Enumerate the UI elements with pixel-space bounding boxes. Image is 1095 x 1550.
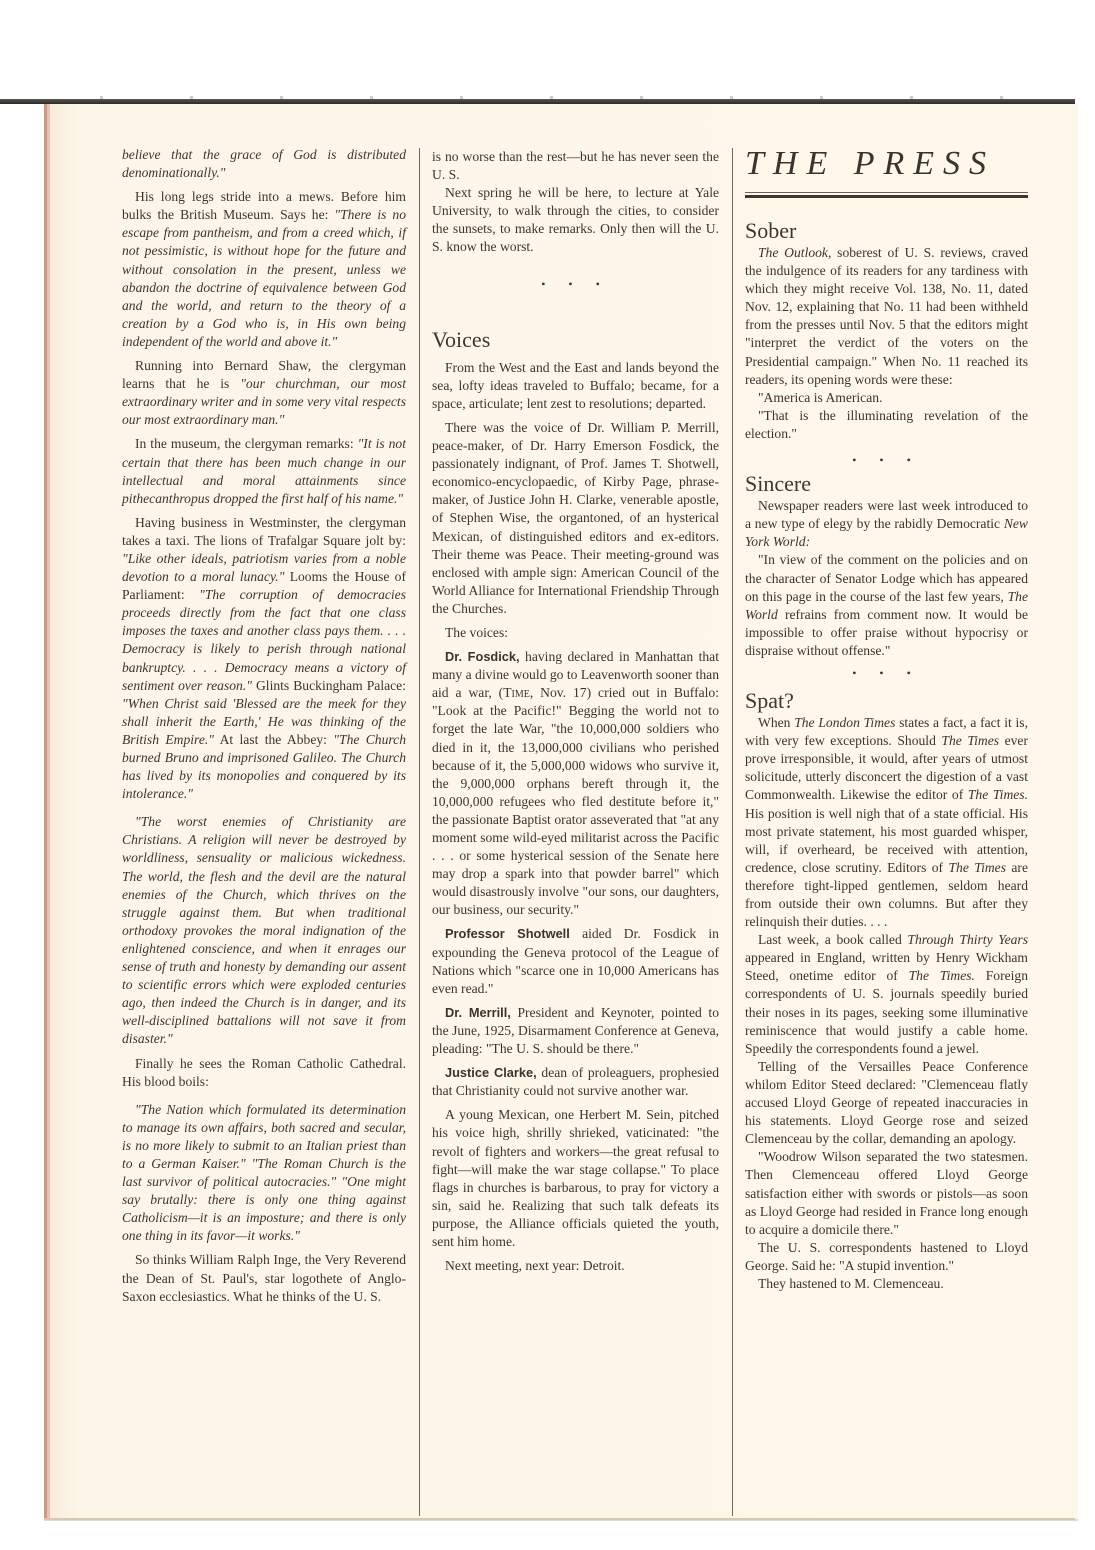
quote-text: "The Nation which formulated its determi… xyxy=(122,1102,406,1244)
speaker-name: Dr. Fosdick, xyxy=(445,649,520,664)
article-heading-spat: Spat? xyxy=(745,688,1028,714)
paragraph: There was the voice of Dr. William P. Me… xyxy=(432,419,719,618)
body-text: refrains from comment now. It would be i… xyxy=(745,607,1028,658)
paragraph: His long legs stride into a mews. Before… xyxy=(122,188,406,351)
body-text: Finally he sees the Roman Catholic Cathe… xyxy=(122,1056,406,1089)
column-the-press: THE PRESS Sober The Outlook, soberest of… xyxy=(745,144,1028,1293)
paragraph: Professor Shotwell aided Dr. Fosdick in … xyxy=(432,925,719,997)
quote-text: "The worst enemies of Christianity are C… xyxy=(122,814,406,1046)
paragraph: "America is American. xyxy=(745,389,1028,407)
article-heading-sincere: Sincere xyxy=(745,471,1028,497)
paragraph: In the museum, the clergyman remarks: "I… xyxy=(122,435,406,507)
publication-name: The Outlook, xyxy=(758,245,831,260)
paragraph: "The worst enemies of Christianity are C… xyxy=(122,813,406,1048)
paragraph: Last week, a book called Through Thirty … xyxy=(745,931,1028,1058)
article-heading-sober: Sober xyxy=(745,218,1028,244)
paragraph: From the West and the East and lands bey… xyxy=(432,359,719,413)
paragraph: Having business in Westminster, the cler… xyxy=(122,514,406,804)
section-title-rule xyxy=(745,192,1028,198)
column-voices: is no worse than the rest—but he has nev… xyxy=(432,148,719,1275)
column-divider xyxy=(419,148,420,1516)
section-separator: • • • xyxy=(745,451,1028,469)
body-text: A young Mexican, one Herbert M. Sein, pi… xyxy=(432,1107,719,1249)
body-text: From the West and the East and lands bey… xyxy=(432,360,719,411)
body-text: Last week, a book called xyxy=(758,932,907,947)
body-text: "In view of the comment on the policies … xyxy=(745,552,1028,603)
quote-text: believe that the grace of God is distrib… xyxy=(122,147,406,180)
publication-name: The Times. xyxy=(968,787,1028,802)
section-separator: • • • xyxy=(432,275,719,293)
paragraph: "The Nation which formulated its determi… xyxy=(122,1101,406,1246)
body-text: Having business in Westminster, the cler… xyxy=(122,515,406,548)
body-text: Next meeting, next year: xyxy=(445,1258,579,1273)
body-text: There was the voice of Dr. William P. Me… xyxy=(432,420,719,616)
body-text: The voices: xyxy=(445,625,508,640)
section-separator: • • • xyxy=(745,664,1028,682)
body-text: "That is the illuminating revelation of … xyxy=(745,408,1028,441)
body-text: soberest of U. S. reviews, craved the in… xyxy=(745,245,1028,387)
paragraph: So thinks William Ralph Inge, the Very R… xyxy=(122,1251,406,1305)
paragraph: Next meeting, next year: Detroit. xyxy=(432,1257,719,1275)
body-text: At last the Abbey: xyxy=(214,732,333,747)
paragraph: Justice Clarke, dean of proleaguers, pro… xyxy=(432,1064,719,1100)
body-text: So thinks William Ralph Inge, the Very R… xyxy=(122,1252,406,1303)
publication-name: The Times. xyxy=(909,968,975,983)
paragraph: "Woodrow Wilson separated the two states… xyxy=(745,1148,1028,1238)
quote-text: "There is no escape from pantheism, and … xyxy=(122,207,406,349)
paragraph: The Outlook, soberest of U. S. reviews, … xyxy=(745,244,1028,389)
paragraph: Finally he sees the Roman Catholic Cathe… xyxy=(122,1055,406,1091)
speaker-name: Dr. Merrill, xyxy=(445,1005,511,1020)
paragraph: Newspaper readers were last week introdu… xyxy=(745,497,1028,551)
paragraph: When The London Times states a fact, a f… xyxy=(745,714,1028,931)
section-title: THE PRESS xyxy=(745,144,1028,184)
body-text: Detroit. xyxy=(579,1258,624,1273)
body-text: Glints Buckingham Palace: xyxy=(252,678,406,693)
publication-name: The London Times xyxy=(794,715,895,730)
article-heading-voices: Voices xyxy=(432,327,719,353)
publication-name: The Times xyxy=(941,733,999,748)
publication-name: The Times xyxy=(948,860,1006,875)
paragraph: The U. S. correspondents hastened to Llo… xyxy=(745,1239,1028,1275)
body-text: "America is American. xyxy=(758,390,882,405)
paragraph: The voices: xyxy=(432,624,719,642)
speaker-name: Professor Shotwell xyxy=(445,926,570,941)
paragraph: "In view of the comment on the policies … xyxy=(745,551,1028,660)
speaker-name: Justice Clarke, xyxy=(445,1065,537,1080)
body-text: In the museum, the clergyman remarks: xyxy=(135,436,358,451)
body-text: "Woodrow Wilson separated the two states… xyxy=(745,1149,1028,1236)
paragraph: They hastened to M. Clemenceau. xyxy=(745,1275,1028,1293)
paragraph: A young Mexican, one Herbert M. Sein, pi… xyxy=(432,1106,719,1251)
paragraph: Next spring he will be here, to lecture … xyxy=(432,184,719,256)
book-title: Through Thirty Years xyxy=(907,932,1028,947)
body-text: The U. S. correspondents hastened to Llo… xyxy=(745,1240,1028,1273)
body-text: They hastened to M. Clemenceau. xyxy=(758,1276,944,1291)
column-divider xyxy=(732,148,733,1516)
body-text: Newspaper readers were last week introdu… xyxy=(745,498,1028,531)
body-text: Telling of the Versailles Peace Conferen… xyxy=(745,1059,1028,1146)
paragraph: is no worse than the rest—but he has nev… xyxy=(432,148,719,184)
body-text: When xyxy=(758,715,794,730)
body-text: Next spring he will be here, to lecture … xyxy=(432,185,719,254)
paragraph: Telling of the Versailles Peace Conferen… xyxy=(745,1058,1028,1148)
paragraph: believe that the grace of God is distrib… xyxy=(122,146,406,182)
paragraph: Dr. Fosdick, having declared in Manhatta… xyxy=(432,648,719,919)
publication-name: Time xyxy=(503,685,530,700)
page-bottom-edge xyxy=(44,1518,1075,1520)
paragraph: Running into Bernard Shaw, the clergyman… xyxy=(122,357,406,429)
paragraph: Dr. Merrill, President and Keynoter, poi… xyxy=(432,1004,719,1058)
body-text: is no worse than the rest—but he has nev… xyxy=(432,149,719,182)
paragraph: "That is the illuminating revelation of … xyxy=(745,407,1028,443)
column-religion-continued: believe that the grace of God is distrib… xyxy=(122,146,406,1306)
body-text: , Nov. 17) cried out in Buffalo: "Look a… xyxy=(432,685,719,917)
